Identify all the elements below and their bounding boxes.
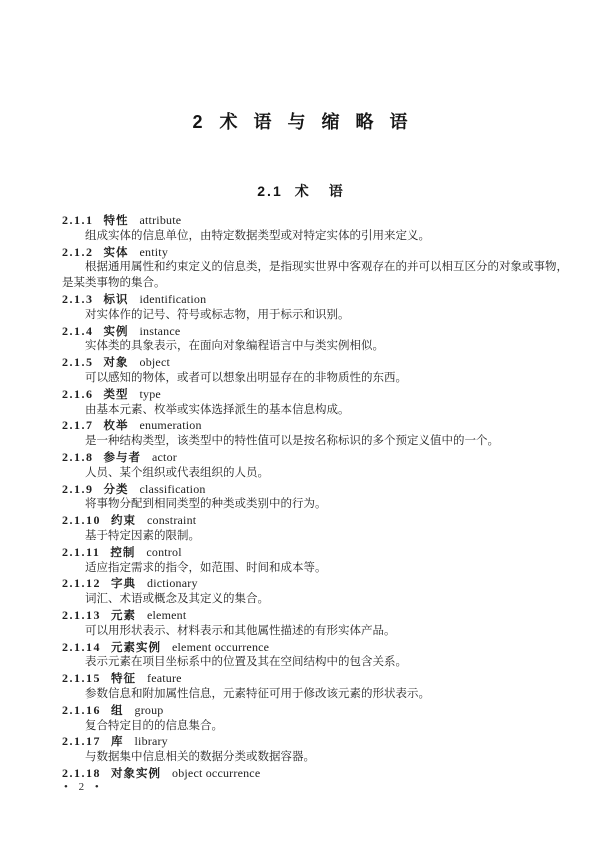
term-english: element [147, 608, 186, 622]
term-heading: 2.1.5对象object [62, 355, 570, 371]
term-chinese: 分类 [104, 484, 129, 496]
term-english: identification [140, 292, 207, 306]
term-heading: 2.1.7枚举enumeration [62, 418, 570, 434]
term-chinese: 枚举 [104, 420, 129, 432]
page-number: • 2 • [64, 781, 103, 793]
term-number: 2.1.15 [62, 671, 101, 685]
term-number: 2.1.7 [62, 418, 94, 432]
term-english: dictionary [147, 576, 198, 590]
chapter-number: 2 [192, 112, 202, 132]
chapter-title: 2术语与缩略语 [0, 0, 600, 133]
term-chinese: 元素 [111, 610, 136, 622]
term-number: 2.1.13 [62, 608, 101, 622]
section-number: 2.1 [257, 183, 282, 199]
definition-line: 组成实体的信息单位，由特定数据类型或对特定实体的引用来定义。 [62, 229, 570, 245]
term-english: classification [140, 482, 206, 496]
term-number: 2.1.16 [62, 703, 101, 717]
term-number: 2.1.5 [62, 355, 94, 369]
term-chinese: 类型 [104, 389, 129, 401]
term-number: 2.1.17 [62, 734, 101, 748]
term-english: library [135, 734, 168, 748]
definition-line: 适应指定需求的指令，如范围、时间和成本等。 [62, 561, 570, 577]
term-english: group [135, 703, 164, 717]
term-english: object occurrence [172, 766, 260, 780]
definition-line: 可以感知的物体，或者可以想象出明显存在的非物质性的东西。 [62, 371, 570, 387]
term-english: control [146, 545, 181, 559]
term-heading: 2.1.3标识identification [62, 292, 570, 308]
definition-line: 表示元素在项目坐标系中的位置及其在空间结构中的包含关系。 [62, 655, 570, 671]
definition-line: 基于特定因素的限制。 [62, 529, 570, 545]
term-english: instance [140, 324, 181, 338]
section-title: 2.1术语 [0, 133, 600, 199]
term-english: enumeration [140, 418, 202, 432]
term-chinese: 特征 [111, 673, 136, 685]
term-heading: 2.1.11控制control [62, 545, 570, 561]
term-heading: 2.1.2实体entity [62, 245, 570, 261]
terms-list: 2.1.1特性attribute组成实体的信息单位，由特定数据类型或对特定实体的… [62, 213, 570, 782]
term-chinese: 组 [111, 705, 124, 717]
definition-line: 与数据集中信息相关的数据分类或数据容器。 [62, 750, 570, 766]
term-heading: 2.1.10约束constraint [62, 513, 570, 529]
term-english: element occurrence [172, 640, 269, 654]
term-number: 2.1.1 [62, 213, 94, 227]
term-heading: 2.1.9分类classification [62, 482, 570, 498]
term-chinese: 对象实例 [111, 768, 161, 780]
definition-line: 由基本元素、枚举或实体选择派生的基本信息构成。 [62, 403, 570, 419]
definition-line: 复合特定目的的信息集合。 [62, 719, 570, 735]
chapter-title-text: 术语与缩略语 [220, 112, 424, 132]
definition-line: 根据通用属性和约束定义的信息类，是指现实世界中客观存在的并可以相互区分的对象或事… [62, 260, 570, 276]
term-chinese: 实体 [104, 247, 129, 259]
definition-line: 人员、某个组织或代表组织的人员。 [62, 466, 570, 482]
term-number: 2.1.12 [62, 576, 101, 590]
term-english: object [140, 355, 171, 369]
definition-line: 词汇、术语或概念及其定义的集合。 [62, 592, 570, 608]
term-heading: 2.1.16组group [62, 703, 570, 719]
term-number: 2.1.8 [62, 450, 94, 464]
term-chinese: 对象 [104, 357, 129, 369]
term-number: 2.1.3 [62, 292, 94, 306]
term-chinese: 特性 [104, 215, 129, 227]
term-heading: 2.1.6类型type [62, 387, 570, 403]
term-heading: 2.1.1特性attribute [62, 213, 570, 229]
term-english: feature [147, 671, 182, 685]
document-page: 2术语与缩略语 2.1术语 2.1.1特性attribute组成实体的信息单位，… [0, 0, 600, 842]
term-english: entity [140, 245, 169, 259]
definition-line: 对实体作的记号、符号或标志物，用于标示和识别。 [62, 308, 570, 324]
term-english: constraint [147, 513, 196, 527]
term-number: 2.1.10 [62, 513, 101, 527]
term-heading: 2.1.18对象实例object occurrence [62, 766, 570, 782]
term-heading: 2.1.13元素element [62, 608, 570, 624]
term-chinese: 约束 [111, 515, 136, 527]
term-heading: 2.1.12字典dictionary [62, 576, 570, 592]
term-chinese: 库 [111, 736, 124, 748]
definition-line: 是一种结构类型，该类型中的特性值可以是按名称标识的多个预定义值中的一个。 [62, 434, 570, 450]
definition-line: 参数信息和附加属性信息，元素特征可用于修改该元素的形状表示。 [62, 687, 570, 703]
term-english: actor [152, 450, 177, 464]
term-heading: 2.1.14元素实例element occurrence [62, 640, 570, 656]
term-number: 2.1.4 [62, 324, 94, 338]
term-number: 2.1.18 [62, 766, 101, 780]
term-chinese: 参与者 [104, 452, 142, 464]
term-heading: 2.1.8参与者actor [62, 450, 570, 466]
definition-line: 是某类事物的集合。 [62, 276, 570, 292]
term-heading: 2.1.15特征feature [62, 671, 570, 687]
term-number: 2.1.9 [62, 482, 94, 496]
term-chinese: 控制 [110, 547, 135, 559]
term-chinese: 实例 [104, 326, 129, 338]
section-title-text: 术语 [295, 183, 363, 199]
term-english: attribute [140, 213, 182, 227]
definition-line: 可以用形状表示、材料表示和其他属性描述的有形实体产品。 [62, 624, 570, 640]
term-number: 2.1.2 [62, 245, 94, 259]
term-heading: 2.1.4实例instance [62, 324, 570, 340]
term-number: 2.1.6 [62, 387, 94, 401]
definition-line: 将事物分配到相同类型的种类或类别中的行为。 [62, 497, 570, 513]
term-number: 2.1.14 [62, 640, 101, 654]
term-heading: 2.1.17库library [62, 734, 570, 750]
term-english: type [140, 387, 161, 401]
definition-line: 实体类的具象表示，在面向对象编程语言中与类实例相似。 [62, 339, 570, 355]
term-chinese: 标识 [104, 294, 129, 306]
term-chinese: 元素实例 [111, 642, 161, 654]
term-number: 2.1.11 [62, 545, 100, 559]
term-chinese: 字典 [111, 578, 136, 590]
